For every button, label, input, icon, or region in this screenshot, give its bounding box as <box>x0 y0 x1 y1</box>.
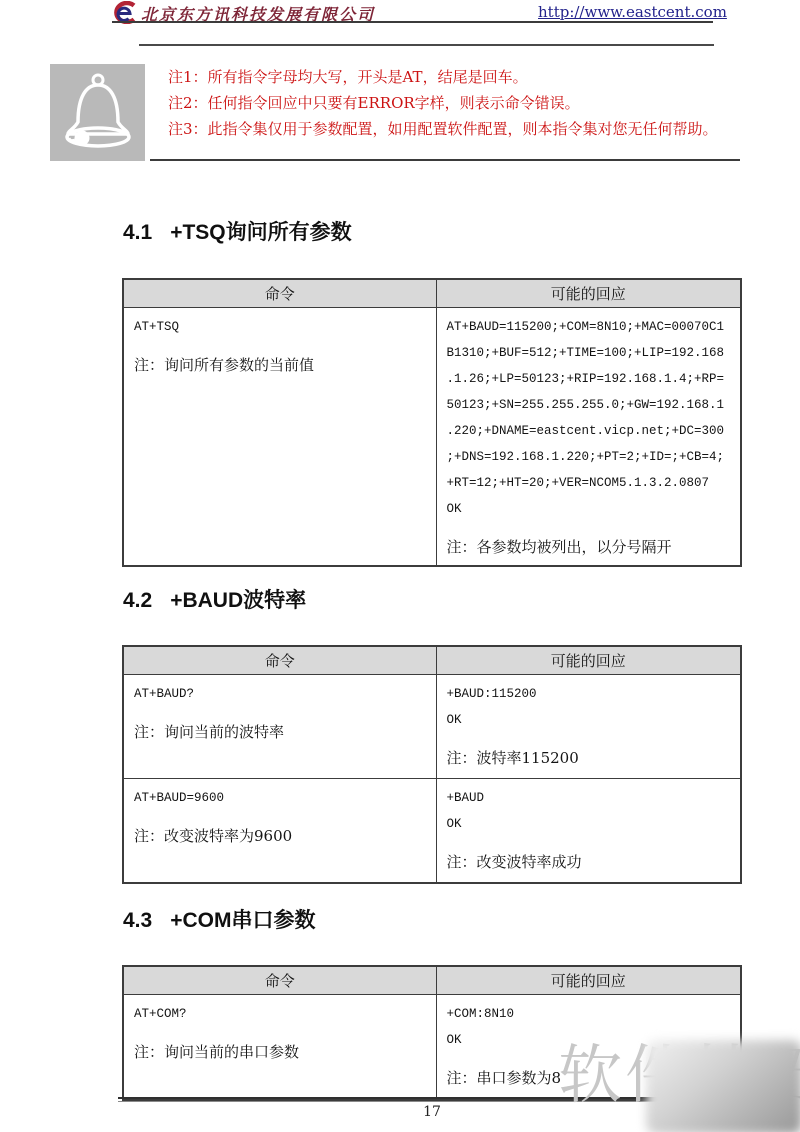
table-row: AT+TSQ 注：询问所有参数的当前值 AT+BAUD=115200;+COM=… <box>123 308 741 567</box>
section-title: +BAUD波特率 <box>170 589 306 612</box>
table-row: AT+BAUD=9600 注：改变波特率为9600 +BAUD OK 注：改变波… <box>123 779 741 884</box>
column-header-command: 命令 <box>123 646 436 675</box>
section-heading-4-3: 4.3+COM串口参数 <box>123 904 315 934</box>
command-text: AT+BAUD=9600 <box>134 785 428 811</box>
command-cell: AT+BAUD? 注：询问当前的波特率 <box>123 675 436 779</box>
command-table-4-2: 命令 可能的回应 AT+BAUD? 注：询问当前的波特率 +BAUD:11520… <box>122 645 742 884</box>
response-cell: AT+BAUD=115200;+COM=8N10;+MAC=00070C1 B1… <box>436 308 741 567</box>
section-heading-4-1: 4.1+TSQ询问所有参数 <box>123 216 352 246</box>
section-title: +COM串口参数 <box>170 909 315 932</box>
command-text: AT+COM? <box>134 1001 428 1027</box>
response-cell: +BAUD OK 注：改变波特率成功 <box>436 779 741 884</box>
cell-spacer <box>134 340 428 352</box>
section-number: 4.3 <box>123 909 152 932</box>
column-header-command: 命令 <box>123 966 436 995</box>
column-header-response: 可能的回应 <box>436 646 741 675</box>
header-rule-top <box>112 21 713 23</box>
command-cell: AT+TSQ 注：询问所有参数的当前值 <box>123 308 436 567</box>
bell-icon <box>50 64 145 161</box>
website-link[interactable]: http://www.eastcent.com <box>538 3 727 21</box>
response-text: +BAUD:115200 OK <box>447 681 733 733</box>
note-line: 注3：此指令集仅用于参数配置，如用配置软件配置，则本指令集对您无任何帮助。 <box>168 116 728 142</box>
watermark-blob <box>646 1040 800 1132</box>
cell-spacer <box>447 522 733 534</box>
cell-spacer <box>447 837 733 849</box>
cell-spacer <box>447 733 733 745</box>
note-label: 注2： <box>168 94 208 112</box>
command-cell: AT+COM? 注：询问当前的串口参数 <box>123 995 436 1101</box>
cell-spacer <box>134 707 428 719</box>
command-note: 注：改变波特率为9600 <box>134 823 428 849</box>
note-label: 注1： <box>168 68 208 86</box>
response-note: 注：各参数均被列出，以分号隔开 <box>447 534 733 560</box>
response-note: 注：波特率115200 <box>447 745 733 771</box>
note-line: 注2：任何指令回应中只要有ERROR字样，则表示命令错误。 <box>168 90 728 116</box>
column-header-response: 可能的回应 <box>436 279 741 308</box>
column-header-command: 命令 <box>123 279 436 308</box>
notice-notes: 注1：所有指令字母均大写，开头是AT，结尾是回车。 注2：任何指令回应中只要有E… <box>168 64 728 142</box>
response-text: AT+BAUD=115200;+COM=8N10;+MAC=00070C1 B1… <box>447 314 733 522</box>
command-note: 注：询问当前的波特率 <box>134 719 428 745</box>
note-line: 注1：所有指令字母均大写，开头是AT，结尾是回车。 <box>168 64 728 90</box>
column-header-response: 可能的回应 <box>436 966 741 995</box>
table-header-row: 命令 可能的回应 <box>123 646 741 675</box>
section-heading-4-2: 4.2+BAUD波特率 <box>123 584 306 614</box>
response-note: 注：改变波特率成功 <box>447 849 733 875</box>
table-row: AT+BAUD? 注：询问当前的波特率 +BAUD:115200 OK 注：波特… <box>123 675 741 779</box>
header-rule-second <box>139 44 714 46</box>
document-page: 北京东方讯科技发展有限公司 http://www.eastcent.com 注1… <box>0 0 800 1132</box>
notice-rule <box>150 159 740 161</box>
table-header-row: 命令 可能的回应 <box>123 279 741 308</box>
command-note: 注：询问当前的串口参数 <box>134 1039 428 1065</box>
section-title: +TSQ询问所有参数 <box>170 221 351 244</box>
note-label: 注3： <box>168 120 208 138</box>
cell-spacer <box>134 811 428 823</box>
section-number: 4.1 <box>123 221 152 244</box>
command-note: 注：询问所有参数的当前值 <box>134 352 428 378</box>
table-header-row: 命令 可能的回应 <box>123 966 741 995</box>
command-text: AT+BAUD? <box>134 681 428 707</box>
note-text: 此指令集仅用于参数配置，如用配置软件配置，则本指令集对您无任何帮助。 <box>208 120 718 138</box>
note-text: 所有指令字母均大写，开头是AT，结尾是回车。 <box>208 68 528 86</box>
company-logo-icon <box>110 1 138 28</box>
command-text: AT+TSQ <box>134 314 428 340</box>
response-cell: +BAUD:115200 OK 注：波特率115200 <box>436 675 741 779</box>
command-table-4-1: 命令 可能的回应 AT+TSQ 注：询问所有参数的当前值 AT+BAUD=115… <box>122 278 742 567</box>
cell-spacer <box>134 1027 428 1039</box>
response-text: +BAUD OK <box>447 785 733 837</box>
section-number: 4.2 <box>123 589 152 612</box>
command-cell: AT+BAUD=9600 注：改变波特率为9600 <box>123 779 436 884</box>
note-text: 任何指令回应中只要有ERROR字样，则表示命令错误。 <box>208 94 580 112</box>
